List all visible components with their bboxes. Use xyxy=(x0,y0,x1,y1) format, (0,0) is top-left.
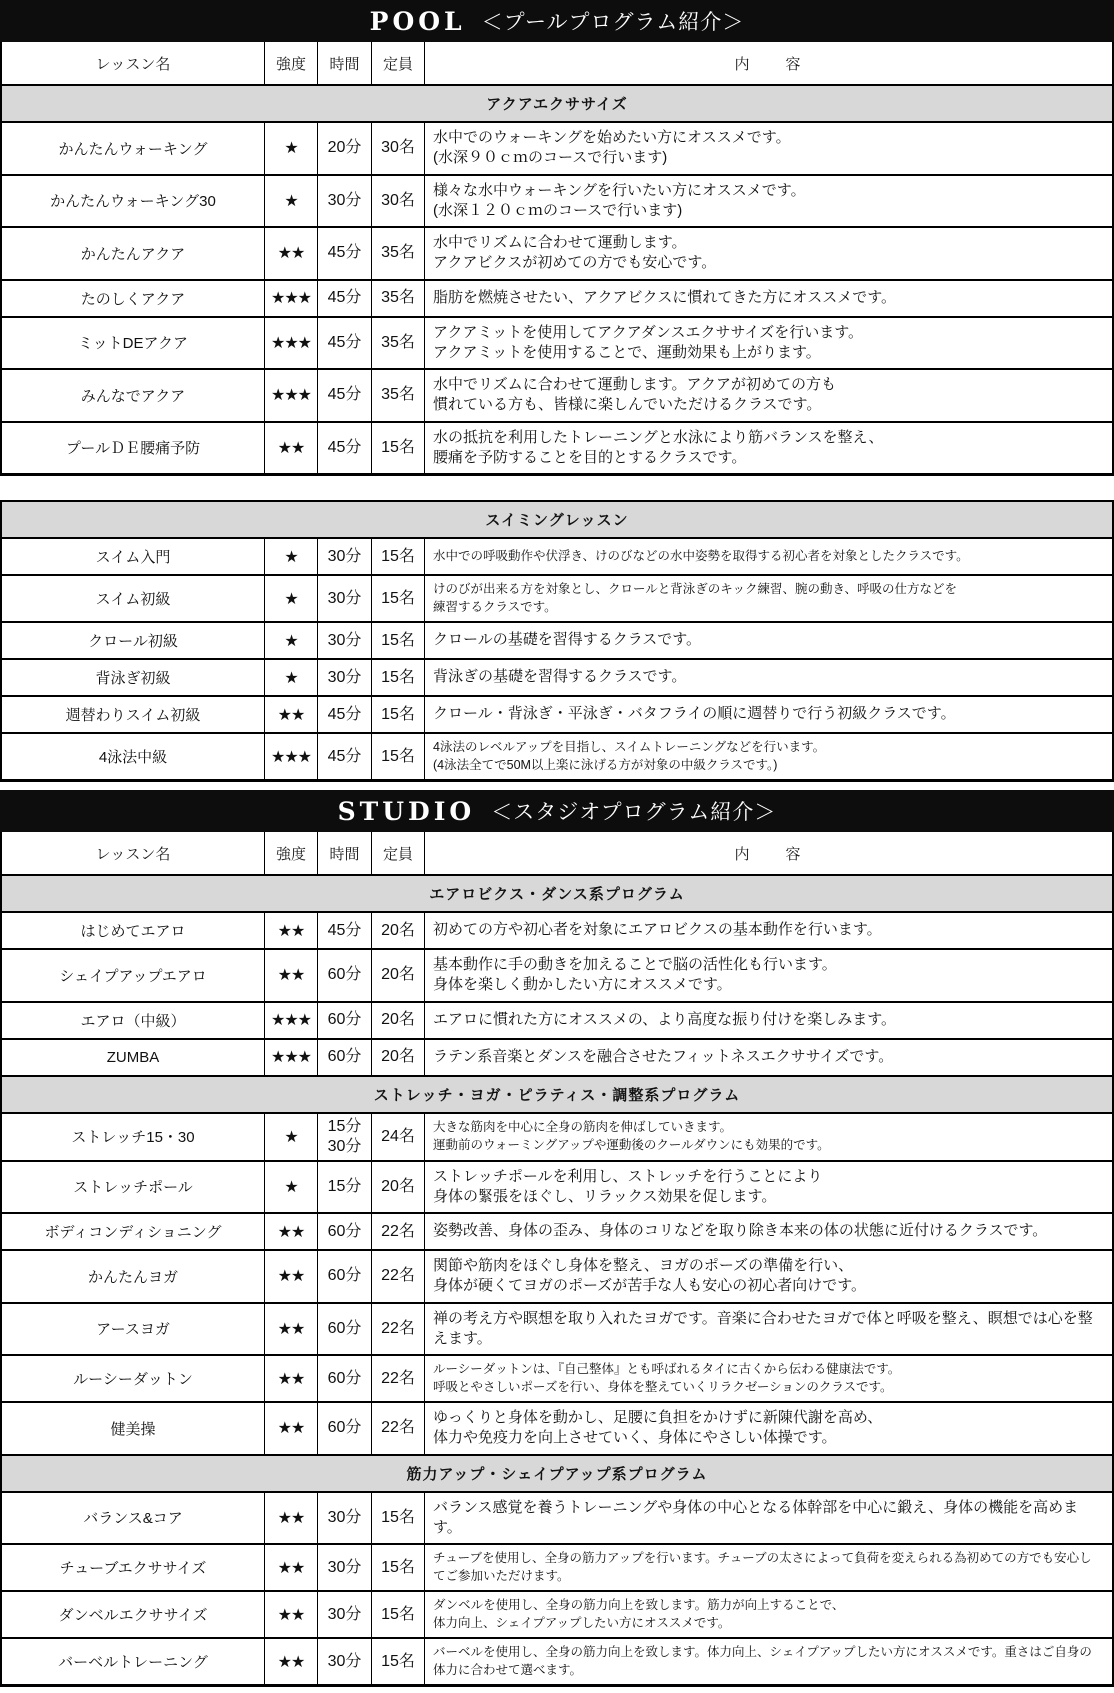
duration-line: 45分 xyxy=(328,921,362,941)
description-line: アクアミットを使用してアクアダンスエクササイズを行います。 xyxy=(433,323,1104,343)
lesson-row: かんたんヨガ★★60分22名関節や筋肉をほぐし身体を整え、ヨガのポーズの準備を行… xyxy=(2,1251,1112,1304)
section-header-row: 筋力アップ・シェイプアップ系プログラム xyxy=(2,1456,1112,1493)
lesson-name: 4泳法中級 xyxy=(2,734,265,779)
description-line: 水中でリズムに合わせて運動します。アクアが初めての方も xyxy=(433,375,1104,395)
section-title: アクアエクササイズ xyxy=(2,86,1112,121)
description-line: (水深９０ｃｍのコースで行います) xyxy=(433,148,1104,168)
lesson-duration: 45分 xyxy=(318,734,372,779)
description-line: ダンベルを使用し、全身の筋力向上を致します。筋力が向上することで、 xyxy=(433,1597,1104,1615)
column-header-intensity: 強度 xyxy=(265,42,318,84)
lesson-name: かんたんアクア xyxy=(2,228,265,279)
duration-line: 60分 xyxy=(328,1266,362,1286)
lesson-description: 水中でリズムに合わせて運動します。アクアビクスが初めての方でも安心です。 xyxy=(425,228,1112,279)
pool-program-table: POOL＜プールプログラム紹介＞レッスン名強度時間定員内 容アクアエクササイズか… xyxy=(0,0,1114,782)
lesson-description: けのびが出来る方を対象とし、クロールと背泳ぎのキック練習、腕の動き、呼吸の仕方な… xyxy=(425,576,1112,621)
description-line: バーベルを使用し、全身の筋力向上を致します。体力向上、シェイプアップしたい方にオ… xyxy=(433,1644,1104,1679)
lesson-capacity: 22名 xyxy=(372,1356,425,1401)
lesson-row: ストレッチ15・30★15分30分24名大きな筋肉を中心に全身の筋肉を伸ばしてい… xyxy=(2,1114,1112,1162)
lesson-row: バランス&コア★★30分15名バランス感覚を養うトレーニングや身体の中心となる体… xyxy=(2,1493,1112,1546)
intensity-stars: ★ xyxy=(265,1114,318,1160)
duration-line: 15分 xyxy=(328,1177,362,1197)
duration-line: 60分 xyxy=(328,1319,362,1339)
column-header-content: 内 容 xyxy=(425,42,1112,84)
description-line: 身体の緊張をほぐし、リラックス効果を促します。 xyxy=(433,1187,1104,1207)
lesson-duration: 60分 xyxy=(318,1214,372,1249)
intensity-stars: ★★★ xyxy=(265,318,318,369)
lesson-capacity: 30名 xyxy=(372,123,425,174)
description-line: 水の抵抗を利用したトレーニングと水泳により筋バランスを整え、 xyxy=(433,428,1104,448)
description-line: 体力向上、シェイプアップしたい方にオススメです。 xyxy=(433,1615,1104,1633)
duration-line: 45分 xyxy=(328,243,362,263)
table-separator xyxy=(0,782,1114,790)
lesson-row: スイム入門★30分15名水中での呼吸動作や伏浮き、けのびなどの水中姿勢を取得する… xyxy=(2,539,1112,576)
lesson-capacity: 20名 xyxy=(372,913,425,948)
lesson-description: 水中でリズムに合わせて運動します。アクアが初めての方も慣れている方も、皆様に楽し… xyxy=(425,370,1112,421)
lesson-capacity: 35名 xyxy=(372,318,425,369)
lesson-capacity: 15名 xyxy=(372,697,425,732)
intensity-stars: ★★ xyxy=(265,1545,318,1590)
lesson-row: はじめてエアロ★★45分20名初めての方や初心者を対象にエアロビクスの基本動作を… xyxy=(2,913,1112,950)
lesson-name: シェイプアップエアロ xyxy=(2,950,265,1001)
lesson-name: プールＤＥ腰痛予防 xyxy=(2,423,265,474)
intensity-stars: ★★★ xyxy=(265,1040,318,1075)
lesson-description: ラテン系音楽とダンスを融合させたフィットネスエクササイズです。 xyxy=(425,1040,1112,1075)
program-guide-page: POOL＜プールプログラム紹介＞レッスン名強度時間定員内 容アクアエクササイズか… xyxy=(0,0,1114,1693)
column-header-content: 内 容 xyxy=(425,832,1112,874)
lesson-duration: 60分 xyxy=(318,1356,372,1401)
duration-line: 60分 xyxy=(328,1010,362,1030)
column-header-row: レッスン名強度時間定員内 容 xyxy=(2,832,1112,876)
section-header-row: アクアエクササイズ xyxy=(2,86,1112,123)
lesson-row: みんなでアクア★★★45分35名水中でリズムに合わせて運動します。アクアが初めて… xyxy=(2,370,1112,423)
lesson-name: ダンベルエクササイズ xyxy=(2,1592,265,1637)
lesson-description: バランス感覚を養うトレーニングや身体の中心となる体幹部を中心に鍛え、身体の機能を… xyxy=(425,1493,1112,1544)
description-line: ラテン系音楽とダンスを融合させたフィットネスエクササイズです。 xyxy=(433,1047,1104,1067)
lesson-duration: 15分 xyxy=(318,1162,372,1213)
lesson-description: 背泳ぎの基礎を習得するクラスです。 xyxy=(425,660,1112,695)
lesson-name: ボディコンディショニング xyxy=(2,1214,265,1249)
description-line: 水中でリズムに合わせて運動します。 xyxy=(433,233,1104,253)
duration-line: 30分 xyxy=(328,1508,362,1528)
intensity-stars: ★ xyxy=(265,176,318,227)
description-line: 関節や筋肉をほぐし身体を整え、ヨガのポーズの準備を行い、 xyxy=(433,1256,1104,1276)
description-line: けのびが出来る方を対象とし、クロールと背泳ぎのキック練習、腕の動き、呼吸の仕方な… xyxy=(433,581,1104,599)
intensity-stars: ★ xyxy=(265,539,318,574)
lesson-capacity: 22名 xyxy=(372,1304,425,1355)
lesson-capacity: 35名 xyxy=(372,281,425,316)
lesson-row: アースヨガ★★60分22名禅の考え方や瞑想を取り入れたヨガです。音楽に合わせたヨ… xyxy=(2,1304,1112,1357)
duration-line: 60分 xyxy=(328,1369,362,1389)
lesson-description: 水中での呼吸動作や伏浮き、けのびなどの水中姿勢を取得する初心者を対象としたクラス… xyxy=(425,539,1112,574)
intensity-stars: ★★ xyxy=(265,423,318,474)
pool-title-bar: POOL＜プールプログラム紹介＞ xyxy=(0,0,1114,42)
description-line: (水深１２０ｃｍのコースで行います) xyxy=(433,201,1104,221)
lesson-duration: 30分 xyxy=(318,1493,372,1544)
intensity-stars: ★★★ xyxy=(265,370,318,421)
intensity-stars: ★★ xyxy=(265,697,318,732)
section-title: ストレッチ・ヨガ・ピラティス・調整系プログラム xyxy=(2,1077,1112,1112)
lesson-name: かんたんヨガ xyxy=(2,1251,265,1302)
lesson-description: ストレッチポールを利用し、ストレッチを行うことにより身体の緊張をほぐし、リラック… xyxy=(425,1162,1112,1213)
lesson-row: たのしくアクア★★★45分35名脂肪を燃焼させたい、アクアビクスに慣れてきた方に… xyxy=(2,281,1112,318)
lesson-capacity: 20名 xyxy=(372,1003,425,1038)
description-line: 様々な水中ウォーキングを行いたい方にオススメです。 xyxy=(433,181,1104,201)
lesson-name: チューブエクササイズ xyxy=(2,1545,265,1590)
lesson-row: チューブエクササイズ★★30分15名チューブを使用し、全身の筋力アップを行います… xyxy=(2,1545,1112,1592)
lesson-description: 様々な水中ウォーキングを行いたい方にオススメです。(水深１２０ｃｍのコースで行い… xyxy=(425,176,1112,227)
lesson-capacity: 15名 xyxy=(372,1592,425,1637)
column-header-capacity: 定員 xyxy=(372,42,425,84)
description-line: バランス感覚を養うトレーニングや身体の中心となる体幹部を中心に鍛え、身体の機能を… xyxy=(433,1498,1104,1539)
lesson-capacity: 20名 xyxy=(372,1162,425,1213)
lesson-capacity: 15名 xyxy=(372,623,425,658)
lesson-name: スイム入門 xyxy=(2,539,265,574)
column-header-time: 時間 xyxy=(318,42,372,84)
lesson-name: クロール初級 xyxy=(2,623,265,658)
description-line: 4泳法のレベルアップを目指し、スイムトレーニングなどを行います。 xyxy=(433,739,1104,757)
intensity-stars: ★★ xyxy=(265,1639,318,1684)
lesson-name: はじめてエアロ xyxy=(2,913,265,948)
lesson-name: バーベルトレーニング xyxy=(2,1639,265,1684)
lesson-name: 健美操 xyxy=(2,1403,265,1454)
description-line: ルーシーダットンは、『自己整体』とも呼ばれるタイに古くから伝わる健康法です。 xyxy=(433,1361,1104,1379)
intensity-stars: ★★ xyxy=(265,1304,318,1355)
section-title: スイミングレッスン xyxy=(2,502,1112,537)
lesson-capacity: 24名 xyxy=(372,1114,425,1160)
lesson-capacity: 15名 xyxy=(372,1545,425,1590)
lesson-row: スイム初級★30分15名けのびが出来る方を対象とし、クロールと背泳ぎのキック練習… xyxy=(2,576,1112,623)
section-header-row: ストレッチ・ヨガ・ピラティス・調整系プログラム xyxy=(2,1077,1112,1114)
duration-line: 60分 xyxy=(328,1222,362,1242)
intensity-stars: ★★ xyxy=(265,228,318,279)
intensity-stars: ★★ xyxy=(265,1493,318,1544)
section-gap xyxy=(0,476,1114,500)
lesson-duration: 45分 xyxy=(318,423,372,474)
duration-line: 45分 xyxy=(328,385,362,405)
lesson-name: 背泳ぎ初級 xyxy=(2,660,265,695)
lesson-description: ゆっくりと身体を動かし、足腰に負担をかけずに新陳代謝を高め、体力や免疫力を向上さ… xyxy=(425,1403,1112,1454)
intensity-stars: ★★ xyxy=(265,1356,318,1401)
lesson-name: かんたんウォーキング30 xyxy=(2,176,265,227)
lesson-duration: 60分 xyxy=(318,1040,372,1075)
description-line: エアロに慣れた方にオススメの、より高度な振り付けを楽しみます。 xyxy=(433,1010,1104,1030)
lesson-duration: 30分 xyxy=(318,539,372,574)
lesson-row: かんたんアクア★★45分35名水中でリズムに合わせて運動します。アクアビクスが初… xyxy=(2,228,1112,281)
description-line: アクアビクスが初めての方でも安心です。 xyxy=(433,253,1104,273)
duration-line: 30分 xyxy=(328,1652,362,1672)
section-title: 筋力アップ・シェイプアップ系プログラム xyxy=(2,1456,1112,1491)
lesson-description: 水の抵抗を利用したトレーニングと水泳により筋バランスを整え、腰痛を予防することを… xyxy=(425,423,1112,474)
lesson-name: かんたんウォーキング xyxy=(2,123,265,174)
description-line: 慣れている方も、皆様に楽しんでいただけるクラスです。 xyxy=(433,395,1104,415)
lesson-description: 禅の考え方や瞑想を取り入れたヨガです。音楽に合わせたヨガで体と呼吸を整え、瞑想で… xyxy=(425,1304,1112,1355)
lesson-description: 大きな筋肉を中心に全身の筋肉を伸ばしていきます。運動前のウォーミングアップや運動… xyxy=(425,1114,1112,1160)
description-line: チューブを使用し、全身の筋力アップを行います。チューブの太さによって負荷を変えら… xyxy=(433,1550,1104,1585)
duration-line: 30分 xyxy=(328,1137,362,1157)
lesson-duration: 30分 xyxy=(318,1592,372,1637)
column-header-row: レッスン名強度時間定員内 容 xyxy=(2,42,1112,86)
lesson-capacity: 15名 xyxy=(372,539,425,574)
lesson-description: ダンベルを使用し、全身の筋力向上を致します。筋力が向上することで、体力向上、シェ… xyxy=(425,1592,1112,1637)
section-header-row: エアロビクス・ダンス系プログラム xyxy=(2,876,1112,913)
lesson-description: アクアミットを使用してアクアダンスエクササイズを行います。アクアミットを使用する… xyxy=(425,318,1112,369)
lesson-name: ルーシーダットン xyxy=(2,1356,265,1401)
lesson-name: スイム初級 xyxy=(2,576,265,621)
lesson-duration: 30分 xyxy=(318,623,372,658)
lesson-duration: 60分 xyxy=(318,1003,372,1038)
column-header-intensity: 強度 xyxy=(265,832,318,874)
pool-title-japanese: ＜プールプログラム紹介＞ xyxy=(482,6,745,36)
intensity-stars: ★★ xyxy=(265,913,318,948)
duration-line: 15分 xyxy=(328,1117,362,1137)
duration-line: 45分 xyxy=(328,747,362,767)
lesson-name: アースヨガ xyxy=(2,1304,265,1355)
lesson-description: 脂肪を燃焼させたい、アクアビクスに慣れてきた方にオススメです。 xyxy=(425,281,1112,316)
lesson-row: かんたんウォーキング30★30分30名様々な水中ウォーキングを行いたい方にオスス… xyxy=(2,176,1112,229)
lesson-capacity: 20名 xyxy=(372,950,425,1001)
lesson-row: 週替わりスイム初級★★45分15名クロール・背泳ぎ・平泳ぎ・バタフライの順に週替… xyxy=(2,697,1112,734)
lesson-name: エアロ（中級） xyxy=(2,1003,265,1038)
intensity-stars: ★★ xyxy=(265,1251,318,1302)
intensity-stars: ★ xyxy=(265,123,318,174)
lesson-duration: 30分 xyxy=(318,576,372,621)
description-line: ゆっくりと身体を動かし、足腰に負担をかけずに新陳代謝を高め、 xyxy=(433,1408,1104,1428)
duration-line: 30分 xyxy=(328,668,362,688)
studio-program-table: STUDIO＜スタジオプログラム紹介＞レッスン名強度時間定員内 容エアロビクス・… xyxy=(0,790,1114,1687)
description-line: 水中での呼吸動作や伏浮き、けのびなどの水中姿勢を取得する初心者を対象としたクラス… xyxy=(433,548,1104,566)
duration-line: 45分 xyxy=(328,333,362,353)
pool-title-english: POOL xyxy=(370,7,466,36)
description-line: アクアミットを使用することで、運動効果も上がります。 xyxy=(433,343,1104,363)
description-line: 大きな筋肉を中心に全身の筋肉を伸ばしていきます。 xyxy=(433,1119,1104,1137)
lesson-capacity: 22名 xyxy=(372,1214,425,1249)
lesson-capacity: 15名 xyxy=(372,1639,425,1684)
section-header-row: スイミングレッスン xyxy=(2,502,1112,539)
lesson-row: ミットDEアクア★★★45分35名アクアミットを使用してアクアダンスエクササイズ… xyxy=(2,318,1112,371)
duration-line: 60分 xyxy=(328,1418,362,1438)
lesson-capacity: 35名 xyxy=(372,370,425,421)
lesson-description: 基本動作に手の動きを加えることで脳の活性化も行います。身体を楽しく動かしたい方に… xyxy=(425,950,1112,1001)
lesson-capacity: 15名 xyxy=(372,423,425,474)
lesson-duration: 30分 xyxy=(318,660,372,695)
duration-line: 20分 xyxy=(328,138,362,158)
description-line: 腰痛を予防することを目的とするクラスです。 xyxy=(433,448,1104,468)
description-line: 身体が硬くてヨガのポーズが苦手な人も安心の初心者向けです。 xyxy=(433,1276,1104,1296)
description-line: 体力や免疫力を向上させていく、身体にやさしい体操です。 xyxy=(433,1428,1104,1448)
lesson-description: クロールの基礎を習得するクラスです。 xyxy=(425,623,1112,658)
lesson-row: ルーシーダットン★★60分22名ルーシーダットンは、『自己整体』とも呼ばれるタイ… xyxy=(2,1356,1112,1403)
duration-line: 45分 xyxy=(328,705,362,725)
studio-title-japanese: ＜スタジオプログラム紹介＞ xyxy=(491,796,776,826)
lesson-duration: 20分 xyxy=(318,123,372,174)
lesson-duration: 60分 xyxy=(318,950,372,1001)
lesson-duration: 45分 xyxy=(318,370,372,421)
duration-line: 30分 xyxy=(328,631,362,651)
intensity-stars: ★ xyxy=(265,623,318,658)
lesson-name: 週替わりスイム初級 xyxy=(2,697,265,732)
lesson-name: みんなでアクア xyxy=(2,370,265,421)
description-line: (4泳法全てで50M以上楽に泳げる方が対象の中級クラスです。) xyxy=(433,757,1104,775)
description-line: 背泳ぎの基礎を習得するクラスです。 xyxy=(433,667,1104,687)
studio-title-english: STUDIO xyxy=(338,797,476,826)
lesson-description: 初めての方や初心者を対象にエアロビクスの基本動作を行います。 xyxy=(425,913,1112,948)
duration-line: 60分 xyxy=(328,1047,362,1067)
lesson-name: たのしくアクア xyxy=(2,281,265,316)
duration-line: 30分 xyxy=(328,191,362,211)
intensity-stars: ★★ xyxy=(265,1403,318,1454)
intensity-stars: ★★★ xyxy=(265,281,318,316)
pool-table-block-1: スイミングレッスンスイム入門★30分15名水中での呼吸動作や伏浮き、けのびなどの… xyxy=(0,500,1114,782)
intensity-stars: ★ xyxy=(265,660,318,695)
lesson-duration: 60分 xyxy=(318,1304,372,1355)
column-header-lesson: レッスン名 xyxy=(2,42,265,84)
lesson-name: ミットDEアクア xyxy=(2,318,265,369)
description-line: 練習するクラスです。 xyxy=(433,599,1104,617)
lesson-capacity: 22名 xyxy=(372,1251,425,1302)
studio-title-bar: STUDIO＜スタジオプログラム紹介＞ xyxy=(0,790,1114,832)
lesson-duration: 30分 xyxy=(318,1639,372,1684)
lesson-duration: 45分 xyxy=(318,318,372,369)
description-line: 基本動作に手の動きを加えることで脳の活性化も行います。 xyxy=(433,955,1104,975)
lesson-row: エアロ（中級）★★★60分20名エアロに慣れた方にオススメの、より高度な振り付け… xyxy=(2,1003,1112,1040)
lesson-row: 背泳ぎ初級★30分15名背泳ぎの基礎を習得するクラスです。 xyxy=(2,660,1112,697)
duration-line: 30分 xyxy=(328,1605,362,1625)
lesson-description: 4泳法のレベルアップを目指し、スイムトレーニングなどを行います。(4泳法全てで5… xyxy=(425,734,1112,779)
description-line: 身体を楽しく動かしたい方にオススメです。 xyxy=(433,975,1104,995)
lesson-capacity: 15名 xyxy=(372,1493,425,1544)
column-header-capacity: 定員 xyxy=(372,832,425,874)
lesson-capacity: 22名 xyxy=(372,1403,425,1454)
column-header-lesson: レッスン名 xyxy=(2,832,265,874)
lesson-row: 健美操★★60分22名ゆっくりと身体を動かし、足腰に負担をかけずに新陳代謝を高め… xyxy=(2,1403,1112,1456)
lesson-row: バーベルトレーニング★★30分15名バーベルを使用し、全身の筋力向上を致します。… xyxy=(2,1639,1112,1684)
lesson-row: かんたんウォーキング★20分30名水中でのウォーキングを始めたい方にオススメです… xyxy=(2,123,1112,176)
description-line: 呼吸とやさしいポーズを行い、身体を整えていくリラクゼーションのクラスです。 xyxy=(433,1379,1104,1397)
lesson-name: ZUMBA xyxy=(2,1040,265,1075)
lesson-row: ストレッチポール★15分20名ストレッチポールを利用し、ストレッチを行うことによ… xyxy=(2,1162,1112,1215)
lesson-duration: 45分 xyxy=(318,697,372,732)
lesson-duration: 30分 xyxy=(318,1545,372,1590)
lesson-description: 姿勢改善、身体の歪み、身体のコリなどを取り除き本来の体の状態に近付けるクラスです… xyxy=(425,1214,1112,1249)
lesson-description: 水中でのウォーキングを始めたい方にオススメです。(水深９０ｃｍのコースで行います… xyxy=(425,123,1112,174)
description-line: 初めての方や初心者を対象にエアロビクスの基本動作を行います。 xyxy=(433,920,1104,940)
intensity-stars: ★★ xyxy=(265,1214,318,1249)
description-line: ストレッチポールを利用し、ストレッチを行うことにより xyxy=(433,1167,1104,1187)
description-line: 運動前のウォーミングアップや運動後のクールダウンにも効果的です。 xyxy=(433,1137,1104,1155)
lesson-row: ZUMBA★★★60分20名ラテン系音楽とダンスを融合させたフィットネスエクササ… xyxy=(2,1040,1112,1077)
lesson-duration: 45分 xyxy=(318,281,372,316)
lesson-name: バランス&コア xyxy=(2,1493,265,1544)
duration-line: 30分 xyxy=(328,547,362,567)
duration-line: 45分 xyxy=(328,438,362,458)
description-line: クロール・背泳ぎ・平泳ぎ・バタフライの順に週替りで行う初級クラスです。 xyxy=(433,704,1104,724)
lesson-row: ダンベルエクササイズ★★30分15名ダンベルを使用し、全身の筋力向上を致します。… xyxy=(2,1592,1112,1639)
lesson-description: エアロに慣れた方にオススメの、より高度な振り付けを楽しみます。 xyxy=(425,1003,1112,1038)
column-header-time: 時間 xyxy=(318,832,372,874)
lesson-row: クロール初級★30分15名クロールの基礎を習得するクラスです。 xyxy=(2,623,1112,660)
lesson-duration: 60分 xyxy=(318,1403,372,1454)
lesson-row: ボディコンディショニング★★60分22名姿勢改善、身体の歪み、身体のコリなどを取… xyxy=(2,1214,1112,1251)
lesson-capacity: 20名 xyxy=(372,1040,425,1075)
duration-line: 45分 xyxy=(328,288,362,308)
lesson-capacity: 35名 xyxy=(372,228,425,279)
description-line: 水中でのウォーキングを始めたい方にオススメです。 xyxy=(433,128,1104,148)
lesson-row: 4泳法中級★★★45分15名4泳法のレベルアップを目指し、スイムトレーニングなど… xyxy=(2,734,1112,779)
description-line: クロールの基礎を習得するクラスです。 xyxy=(433,630,1104,650)
studio-table-block: レッスン名強度時間定員内 容エアロビクス・ダンス系プログラムはじめてエアロ★★4… xyxy=(0,832,1114,1687)
lesson-duration: 45分 xyxy=(318,228,372,279)
lesson-row: シェイプアップエアロ★★60分20名基本動作に手の動きを加えることで脳の活性化も… xyxy=(2,950,1112,1003)
lesson-capacity: 15名 xyxy=(372,660,425,695)
lesson-duration: 30分 xyxy=(318,176,372,227)
duration-line: 30分 xyxy=(328,1558,362,1578)
lesson-description: チューブを使用し、全身の筋力アップを行います。チューブの太さによって負荷を変えら… xyxy=(425,1545,1112,1590)
lesson-description: クロール・背泳ぎ・平泳ぎ・バタフライの順に週替りで行う初級クラスです。 xyxy=(425,697,1112,732)
lesson-description: 関節や筋肉をほぐし身体を整え、ヨガのポーズの準備を行い、身体が硬くてヨガのポーズ… xyxy=(425,1251,1112,1302)
lesson-capacity: 30名 xyxy=(372,176,425,227)
duration-line: 60分 xyxy=(328,965,362,985)
lesson-row: プールＤＥ腰痛予防★★45分15名水の抵抗を利用したトレーニングと水泳により筋バ… xyxy=(2,423,1112,474)
intensity-stars: ★★★ xyxy=(265,1003,318,1038)
lesson-duration: 60分 xyxy=(318,1251,372,1302)
description-line: 脂肪を燃焼させたい、アクアビクスに慣れてきた方にオススメです。 xyxy=(433,288,1104,308)
intensity-stars: ★ xyxy=(265,576,318,621)
intensity-stars: ★★★ xyxy=(265,734,318,779)
lesson-capacity: 15名 xyxy=(372,576,425,621)
section-title: エアロビクス・ダンス系プログラム xyxy=(2,876,1112,911)
pool-table-block: レッスン名強度時間定員内 容アクアエクササイズかんたんウォーキング★20分30名… xyxy=(0,42,1114,476)
duration-line: 30分 xyxy=(328,589,362,609)
lesson-name: ストレッチポール xyxy=(2,1162,265,1213)
lesson-duration: 45分 xyxy=(318,913,372,948)
description-line: 姿勢改善、身体の歪み、身体のコリなどを取り除き本来の体の状態に近付けるクラスです… xyxy=(433,1221,1104,1241)
intensity-stars: ★ xyxy=(265,1162,318,1213)
lesson-description: ルーシーダットンは、『自己整体』とも呼ばれるタイに古くから伝わる健康法です。呼吸… xyxy=(425,1356,1112,1401)
lesson-duration: 15分30分 xyxy=(318,1114,372,1160)
intensity-stars: ★★ xyxy=(265,950,318,1001)
lesson-capacity: 15名 xyxy=(372,734,425,779)
intensity-stars: ★★ xyxy=(265,1592,318,1637)
lesson-name: ストレッチ15・30 xyxy=(2,1114,265,1160)
lesson-description: バーベルを使用し、全身の筋力向上を致します。体力向上、シェイプアップしたい方にオ… xyxy=(425,1639,1112,1684)
description-line: 禅の考え方や瞑想を取り入れたヨガです。音楽に合わせたヨガで体と呼吸を整え、瞑想で… xyxy=(433,1309,1104,1350)
